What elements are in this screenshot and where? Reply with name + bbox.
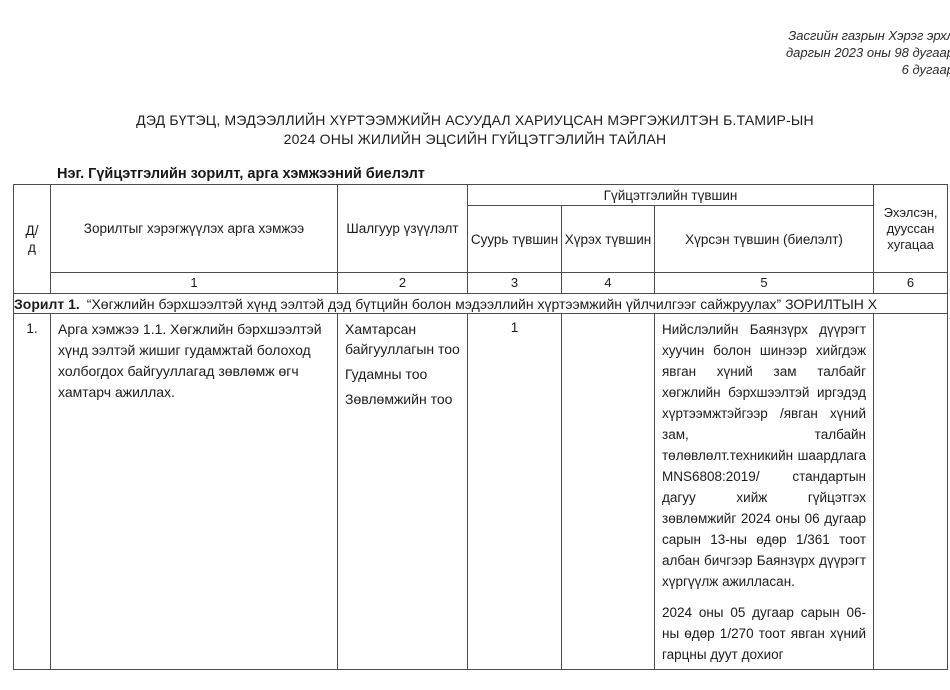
scanned-report-page: Засгийн газрын Хэрэг эрхл даргын 2023 он… <box>0 0 950 690</box>
column-number-2: 2 <box>338 273 468 294</box>
header-dd-line1: Д/ <box>14 222 50 239</box>
header-base-level: Суурь түвшин <box>468 206 562 273</box>
header-measure: Зорилтыг хэрэгжүүлэх арга хэмжээ <box>51 185 338 273</box>
column-number-6: 6 <box>874 273 948 294</box>
period-value <box>874 314 947 319</box>
column-number-4: 4 <box>562 273 655 294</box>
header-performance-group: Гүйцэтгэлийн түвшин <box>468 185 874 206</box>
goal-row: Зорилт 1.“Хөгжлийн бэрхшээлтэй хүнд ээлт… <box>14 294 948 314</box>
row-number-cell: 1. <box>14 314 51 670</box>
document-title: ДЭД БҮТЭЦ, МЭДЭЭЛЛИЙН ХҮРТЭЭМЖИЙН АСУУДА… <box>0 111 950 149</box>
letterhead-line-1: Засгийн газрын Хэрэг эрхл <box>534 27 950 44</box>
base-level-cell: 1 <box>468 314 562 670</box>
table-row: 1. Арга хэмжээ 1.1. Хөгжлийн бэрхшээлтэй… <box>14 314 948 670</box>
letterhead-line-2: даргын 2023 оны 98 дугаар <box>534 44 950 61</box>
letterhead: Засгийн газрын Хэрэг эрхл даргын 2023 он… <box>534 27 950 78</box>
target-level-cell <box>562 314 655 670</box>
header-dd-line2: д <box>14 239 50 256</box>
section-heading: Нэг. Гүйцэтгэлийн зорилт, арга хэмжээний… <box>57 166 425 182</box>
indicator-item-2: Гудамны тоо <box>345 364 460 384</box>
letterhead-line-3: 6 дугаар <box>534 61 950 78</box>
header-period: Эхэлсэн, дууссан хугацаа <box>874 185 948 273</box>
achieved-paragraph-2: 2024 оны 05 дугаар сарын 06-ны өдөр 1/27… <box>662 602 866 664</box>
header-achieved-level: Хүрсэн түвшин (биелэлт) <box>655 206 874 273</box>
measure-text: Арга хэмжээ 1.1. Хөгжлийн бэрхшээлтэй хү… <box>51 314 337 403</box>
achieved-paragraph-1: Нийслэлийн Баянзүрх дүүрэгт хуучин болон… <box>662 319 866 592</box>
document-title-line-2: 2024 ОНЫ ЖИЛИЙН ЭЦСИЙН ГҮЙЦЭТГЭЛИЙН ТАЙЛ… <box>0 130 950 149</box>
goal-row-cell: Зорилт 1.“Хөгжлийн бэрхшээлтэй хүнд ээлт… <box>14 294 948 314</box>
target-level-value <box>562 314 654 319</box>
measure-cell: Арга хэмжээ 1.1. Хөгжлийн бэрхшээлтэй хү… <box>51 314 338 670</box>
achieved-level-cell: Нийслэлийн Баянзүрх дүүрэгт хуучин болон… <box>655 314 874 670</box>
goal-text: “Хөгжлийн бэрхшээлтэй хүнд ээлтэй дэд бү… <box>87 296 877 312</box>
indicator-item-1: Хамтарсан байгууллагын тоо <box>345 319 460 359</box>
header-target-level: Хүрэх түвшин <box>562 206 655 273</box>
performance-report-table: Д/ д Зорилтыг хэрэгжүүлэх арга хэмжээ Ша… <box>13 184 948 670</box>
indicator-cell: Хамтарсан байгууллагын тоо Гудамны тоо З… <box>338 314 468 670</box>
row-number: 1. <box>14 314 50 339</box>
period-cell <box>874 314 948 670</box>
header-dd: Д/ д <box>14 185 51 294</box>
column-number-3: 3 <box>468 273 562 294</box>
base-level-value: 1 <box>468 314 561 337</box>
column-number-5: 5 <box>655 273 874 294</box>
column-number-1: 1 <box>51 273 338 294</box>
goal-label: Зорилт 1. <box>14 296 80 312</box>
header-indicator: Шалгуур үзүүлэлт <box>338 185 468 273</box>
column-number-row: 1 2 3 4 5 6 <box>14 273 948 294</box>
indicator-item-3: Зөвлөмжийн тоо <box>345 389 460 409</box>
document-title-line-1: ДЭД БҮТЭЦ, МЭДЭЭЛЛИЙН ХҮРТЭЭМЖИЙН АСУУДА… <box>0 111 950 130</box>
